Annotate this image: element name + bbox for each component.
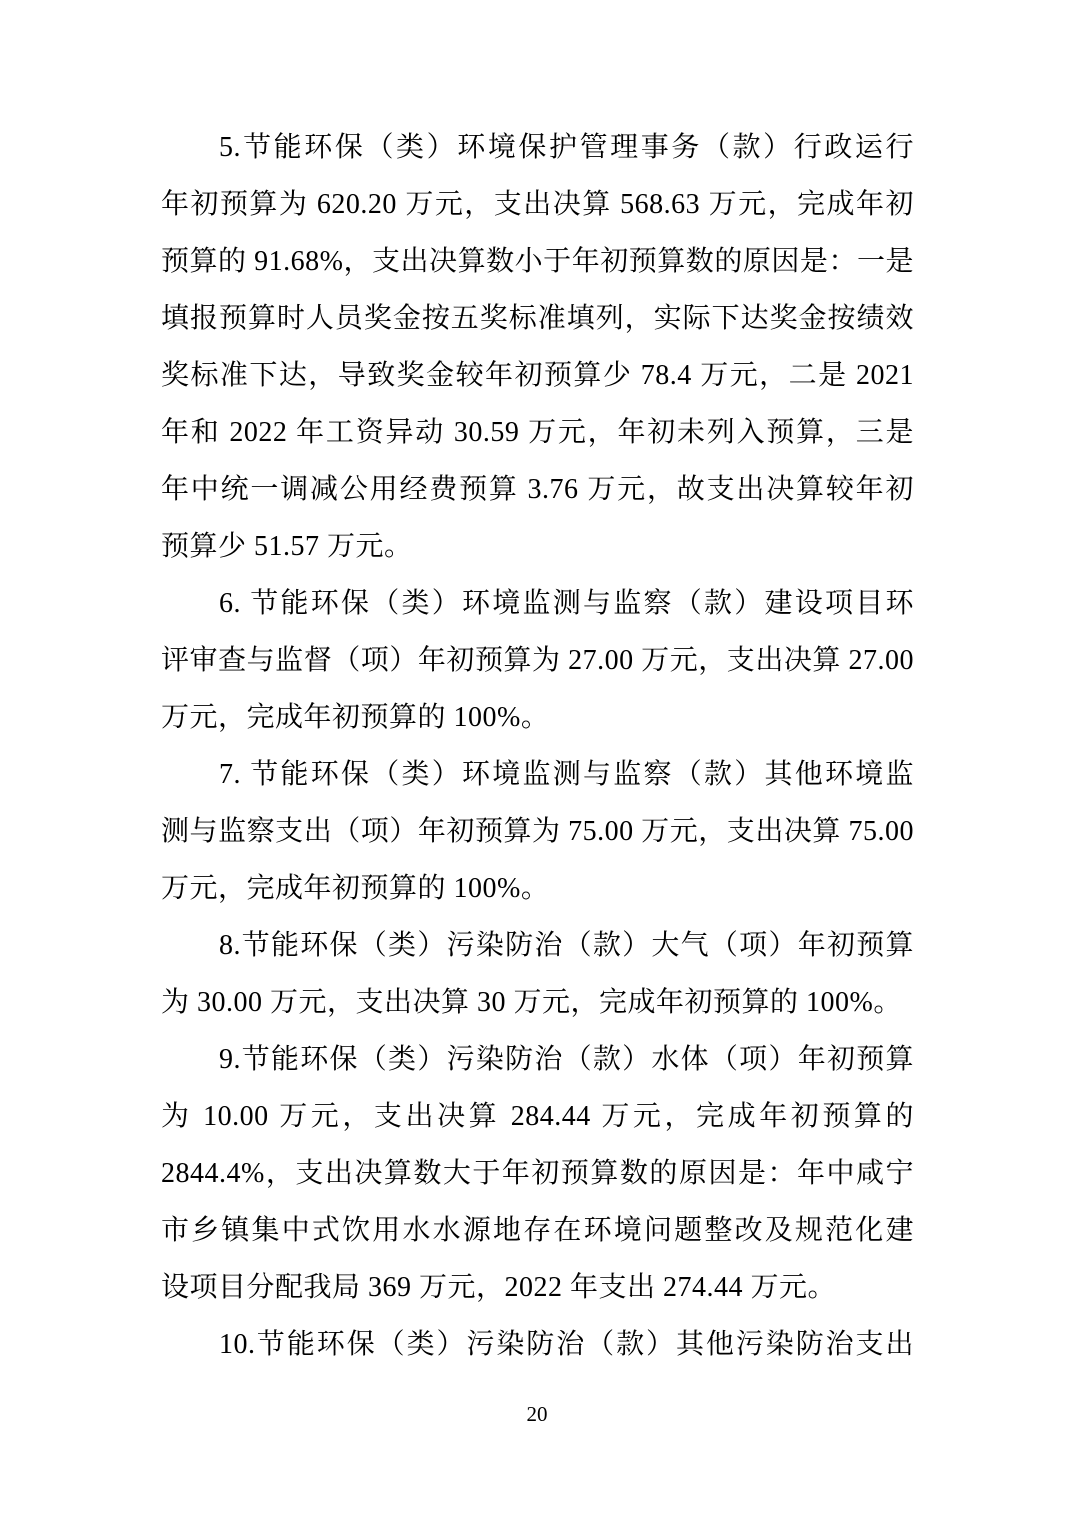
text-line: 8.节能环保（类）污染防治（款）大气（项）年初预算 (161, 917, 914, 974)
text-line: 评审查与监督（项）年初预算为 27.00 万元，支出决算 27.00 (161, 632, 914, 689)
text-line: 填报预算时人员奖金按五奖标准填列，实际下达奖金按绩效 (161, 290, 914, 347)
text-line: 为 30.00 万元，支出决算 30 万元，完成年初预算的 100%。 (161, 974, 914, 1031)
text-line: 为 10.00 万元，支出决算 284.44 万元，完成年初预算的 (161, 1088, 914, 1145)
text-line: 测与监察支出（项）年初预算为 75.00 万元，支出决算 75.00 (161, 803, 914, 860)
text-line: 奖标准下达，导致奖金较年初预算少 78.4 万元，二是 2021 (161, 347, 914, 404)
text-line: 万元，完成年初预算的 100%。 (161, 689, 914, 746)
document-page: 5.节能环保（类）环境保护管理事务（款）行政运行（项）年初预算为 620.20 … (0, 0, 1074, 1520)
text-line: 市乡镇集中式饮用水水源地存在环境问题整改及规范化建 (161, 1202, 914, 1259)
text-line: 9.节能环保（类）污染防治（款）水体（项）年初预算 (161, 1031, 914, 1088)
text-line: 设项目分配我局 369 万元，2022 年支出 274.44 万元。 (161, 1259, 914, 1316)
text-line: 6. 节能环保（类）环境监测与监察（款）建设项目环 (161, 575, 914, 632)
page-number: 20 (0, 1399, 1074, 1429)
text-line: 5.节能环保（类）环境保护管理事务（款）行政运行（项） (161, 119, 914, 176)
document-body: 5.节能环保（类）环境保护管理事务（款）行政运行（项）年初预算为 620.20 … (161, 119, 914, 1373)
text-line: 预算少 51.57 万元。 (161, 518, 914, 575)
text-line: 预算的 91.68%，支出决算数小于年初预算数的原因是：一是 (161, 233, 914, 290)
text-line: 2844.4%，支出决算数大于年初预算数的原因是：年中咸宁 (161, 1145, 914, 1202)
text-line: 年中统一调减公用经费预算 3.76 万元，故支出决算较年初 (161, 461, 914, 518)
text-line: 年初预算为 620.20 万元，支出决算 568.63 万元，完成年初 (161, 176, 914, 233)
text-line: 年和 2022 年工资异动 30.59 万元，年初未列入预算，三是 (161, 404, 914, 461)
text-line: 10.节能环保（类）污染防治（款）其他污染防治支出 (161, 1316, 914, 1373)
text-line: 万元，完成年初预算的 100%。 (161, 860, 914, 917)
text-line: 7. 节能环保（类）环境监测与监察（款）其他环境监 (161, 746, 914, 803)
